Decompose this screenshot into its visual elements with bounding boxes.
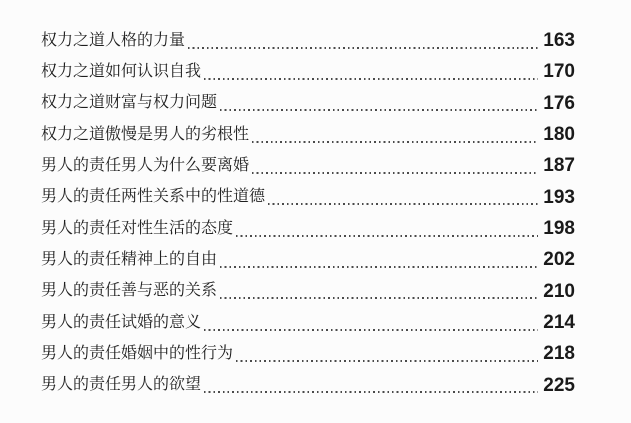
toc-entry-title: 男人的责任男人为什么要离婚 <box>41 158 249 174</box>
toc-entry: 男人的责任对性生活的态度 198 <box>41 213 575 244</box>
toc-page-number: 163 <box>543 31 575 50</box>
toc-entry-title: 权力之道财富与权力问题 <box>41 95 217 111</box>
dot-leader <box>204 377 538 393</box>
toc-entry: 男人的责任试婚的意义 214 <box>41 307 575 338</box>
dot-leader <box>236 346 538 362</box>
toc-entry: 权力之道财富与权力问题 176 <box>41 88 575 119</box>
toc-entry: 男人的责任善与恶的关系 210 <box>41 276 575 307</box>
toc-entry: 权力之道人格的力量 163 <box>41 25 575 56</box>
toc-entry-title: 男人的责任男人的欲望 <box>41 377 201 393</box>
toc-entry-title: 男人的责任两性关系中的性道德 <box>41 189 265 205</box>
toc-entry: 男人的责任男人的欲望 225 <box>41 370 575 401</box>
toc-entry-title: 男人的责任婚姻中的性行为 <box>41 346 233 362</box>
toc-page-number: 218 <box>543 344 575 363</box>
dot-leader <box>236 221 538 237</box>
toc-entry-title: 男人的责任善与恶的关系 <box>41 283 217 299</box>
toc-page-number: 180 <box>543 125 575 144</box>
dot-leader <box>252 158 538 174</box>
dot-leader <box>204 315 538 331</box>
toc-page-number: 198 <box>543 219 575 238</box>
toc-page-number: 210 <box>543 282 575 301</box>
dot-leader <box>204 64 538 80</box>
toc-page: 权力之道人格的力量 163 权力之道如何认识自我 170 权力之道财富与权力问题… <box>0 0 631 423</box>
toc-entry-title: 男人的责任试婚的意义 <box>41 315 201 331</box>
toc-entry: 权力之道傲慢是男人的劣根性 180 <box>41 119 575 150</box>
toc-entry-title: 权力之道人格的力量 <box>41 33 185 49</box>
toc-page-number: 193 <box>543 188 575 207</box>
toc-entry: 男人的责任精神上的自由 202 <box>41 244 575 275</box>
toc-page-number: 187 <box>543 156 575 175</box>
toc-list: 权力之道人格的力量 163 权力之道如何认识自我 170 权力之道财富与权力问题… <box>41 25 575 401</box>
dot-leader <box>220 283 538 299</box>
dot-leader <box>252 127 538 143</box>
toc-entry: 男人的责任婚姻中的性行为 218 <box>41 338 575 369</box>
toc-entry-title: 权力之道傲慢是男人的劣根性 <box>41 127 249 143</box>
toc-entry: 权力之道如何认识自我 170 <box>41 56 575 87</box>
toc-page-number: 225 <box>543 376 575 395</box>
dot-leader <box>220 252 538 268</box>
toc-entry-title: 男人的责任精神上的自由 <box>41 252 217 268</box>
toc-entry: 男人的责任两性关系中的性道德 193 <box>41 182 575 213</box>
toc-entry: 男人的责任男人为什么要离婚 187 <box>41 150 575 181</box>
dot-leader <box>268 189 538 205</box>
toc-page-number: 214 <box>543 313 575 332</box>
dot-leader <box>188 33 538 49</box>
toc-entry-title: 权力之道如何认识自我 <box>41 64 201 80</box>
dot-leader <box>220 95 538 111</box>
toc-page-number: 202 <box>543 250 575 269</box>
toc-page-number: 170 <box>543 62 575 81</box>
toc-entry-title: 男人的责任对性生活的态度 <box>41 221 233 237</box>
toc-page-number: 176 <box>543 94 575 113</box>
